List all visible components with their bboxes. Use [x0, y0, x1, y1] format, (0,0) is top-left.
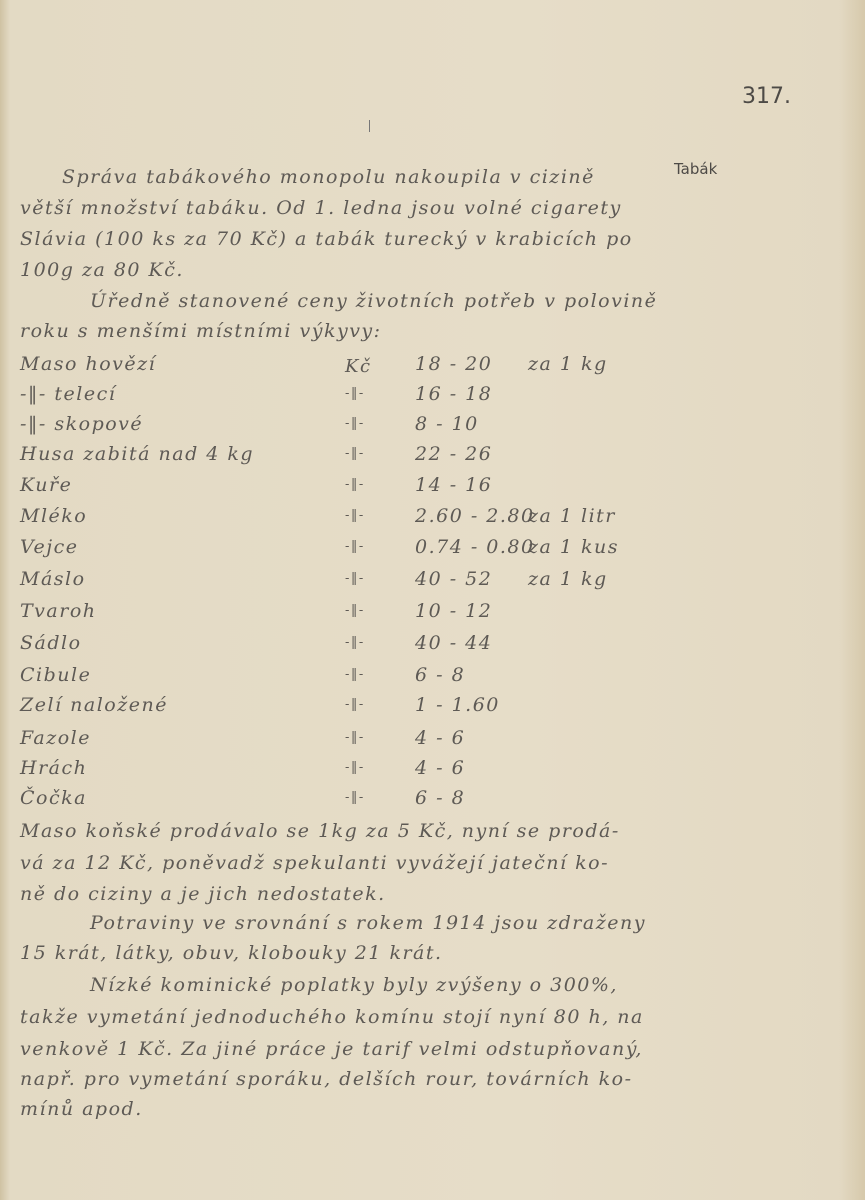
price-row: Cibule-‖-6 - 8	[20, 664, 660, 694]
text-line: Maso koňské prodávalo se 1kg za 5 Kč, ny…	[20, 820, 620, 842]
text-line: roku s menšími místními výkyvy:	[20, 320, 382, 342]
page-number: 317.	[742, 84, 791, 109]
price-row: -‖- telecí-‖-16 - 18	[20, 383, 660, 413]
pencil-mark	[369, 120, 370, 132]
text-line: mínů apod.	[20, 1098, 143, 1120]
margin-note: Tabák	[674, 160, 717, 178]
manuscript-page: 317. Tabák Správa tabákového monopolu na…	[0, 0, 865, 1200]
price-row: Mléko-‖-2.60 - 2.80za 1 litr	[20, 505, 660, 535]
price-row: Tvaroh-‖-10 - 12	[20, 600, 660, 630]
price-row: Máslo-‖-40 - 52za 1 kg	[20, 568, 660, 598]
price-row: Husa zabitá nad 4 kg-‖-22 - 26	[20, 443, 660, 473]
text-line: vá za 12 Kč, poněvadž spekulanti vyvážej…	[20, 852, 609, 874]
price-row: Vejce-‖-0.74 - 0.80za 1 kus	[20, 536, 660, 566]
text-line: Potraviny ve srovnání s rokem 1914 jsou …	[90, 912, 646, 934]
price-row: Maso hovězíKč18 - 20za 1 kg	[20, 353, 660, 383]
price-row: Hrách-‖-4 - 6	[20, 757, 660, 787]
price-row: Zelí naložené-‖-1 - 1.60	[20, 694, 660, 724]
price-row: Kuře-‖-14 - 16	[20, 474, 660, 504]
text-line: např. pro vymetání sporáku, delších rour…	[20, 1068, 633, 1090]
text-line: venkově 1 Kč. Za jiné práce je tarif vel…	[20, 1038, 643, 1060]
text-line: 15 krát, látky, obuv, klobouky 21 krát.	[20, 942, 443, 964]
text-line: větší množství tabáku. Od 1. ledna jsou …	[20, 197, 622, 219]
price-row: Čočka-‖-6 - 8	[20, 787, 660, 817]
text-line: Nízké kominické poplatky byly zvýšeny o …	[90, 974, 618, 996]
text-line: Správa tabákového monopolu nakoupila v c…	[62, 166, 595, 188]
text-line: Slávia (100 ks za 70 Kč) a tabák turecký…	[20, 228, 633, 250]
text-line: 100g za 80 Kč.	[20, 259, 184, 281]
text-line: ně do ciziny a je jich nedostatek.	[20, 883, 386, 905]
price-row: -‖- skopové-‖-8 - 10	[20, 413, 660, 443]
text-line: Úředně stanovené ceny životních potřeb v…	[90, 290, 657, 312]
price-row: Fazole-‖-4 - 6	[20, 727, 660, 757]
price-row: Sádlo-‖-40 - 44	[20, 632, 660, 662]
text-line: takže vymetání jednoduchého komínu stojí…	[20, 1006, 644, 1028]
